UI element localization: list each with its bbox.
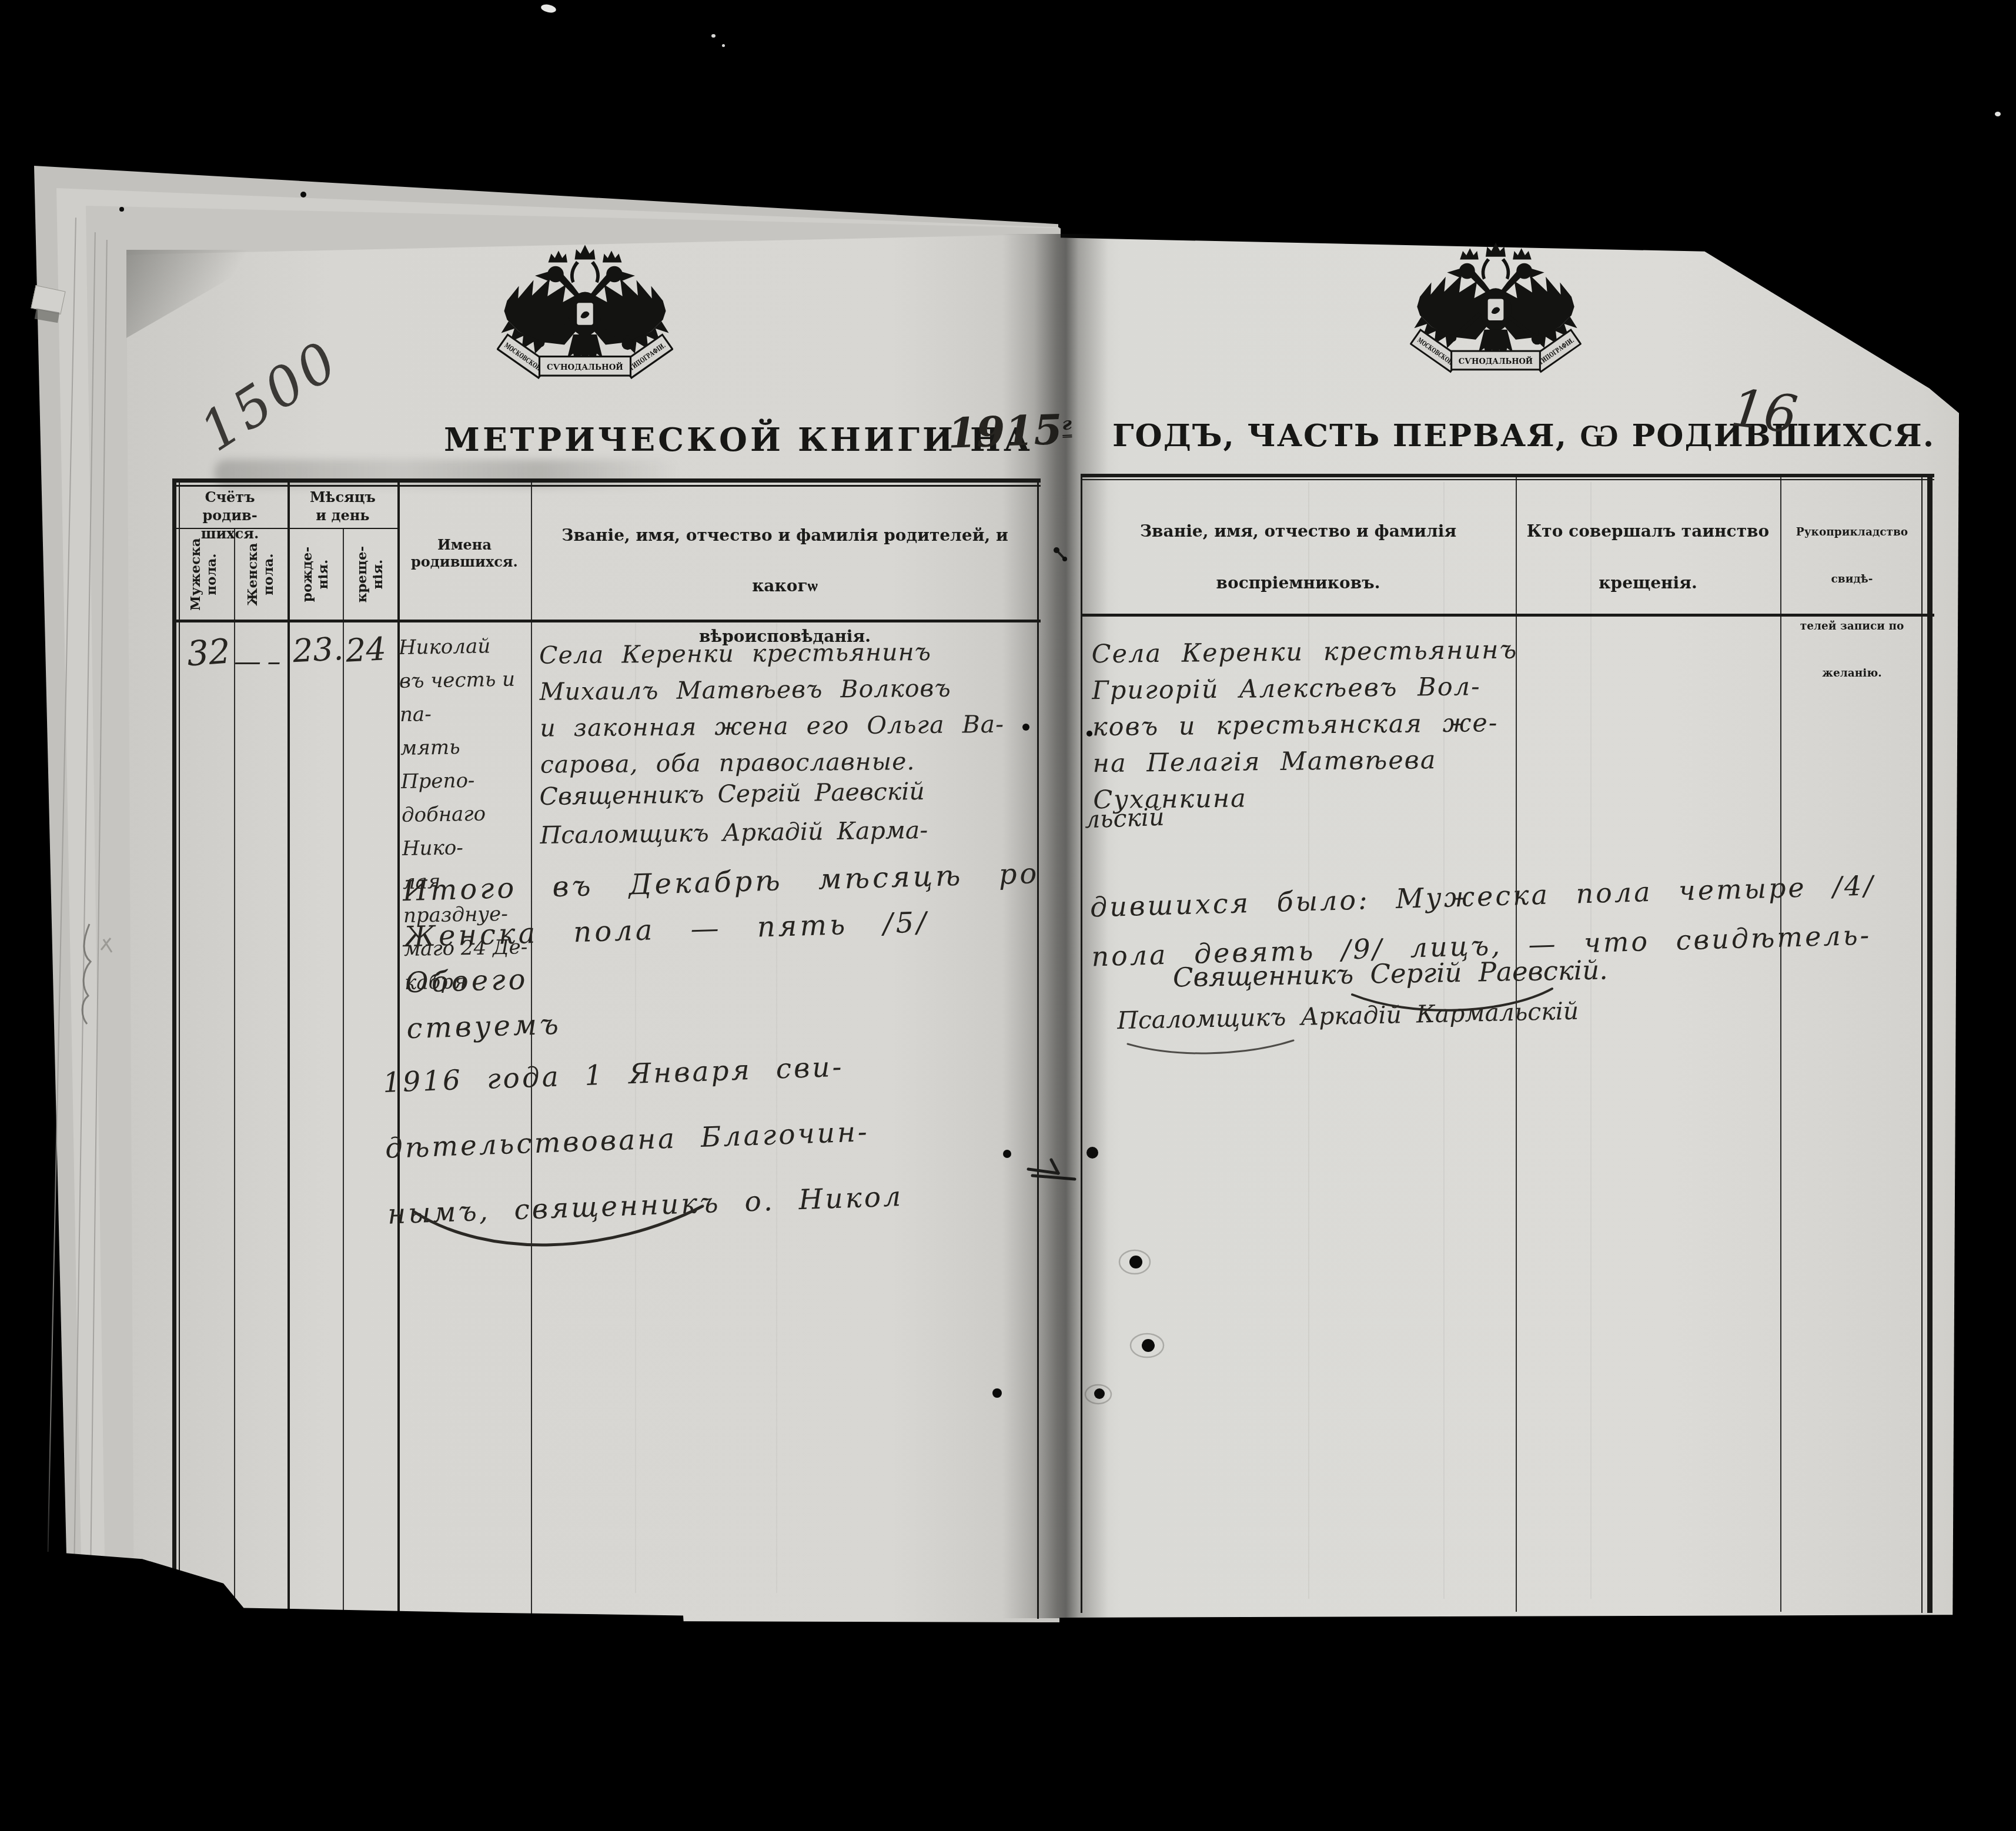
dust-speck [711, 34, 716, 38]
signature-flourish [1352, 989, 1552, 1010]
dust-speck [1995, 112, 2001, 116]
scanned-metrical-book-photo: МЕТРИЧЕСКОЙ КНИГИ НА 1915г ГОДЪ, ЧАСТЬ П… [0, 0, 2016, 1831]
dust-speck [722, 44, 725, 47]
signature-flourish [1128, 1040, 1293, 1053]
signature-flourish [414, 1206, 703, 1245]
worm-holes [119, 192, 1155, 1399]
margin-scribble [82, 924, 112, 1024]
gutter-shadow [1002, 234, 1108, 1618]
left-edge-shadow [16, 1352, 49, 1587]
